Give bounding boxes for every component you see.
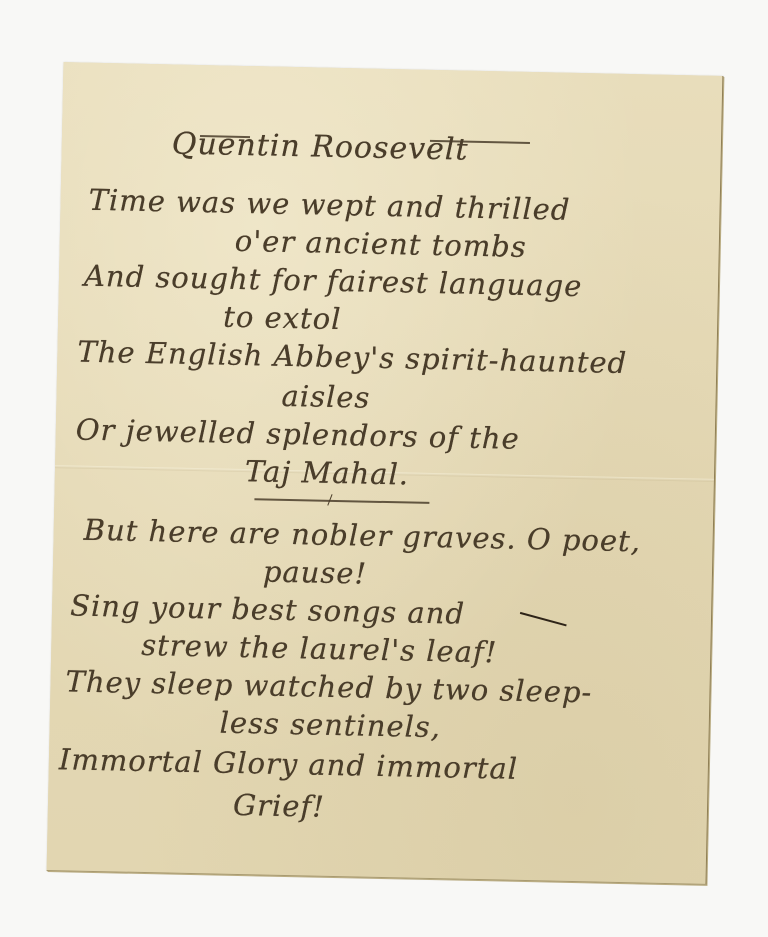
stanza-divider bbox=[254, 498, 429, 504]
poem-line: The English Abbey's spirit-haunted bbox=[77, 335, 627, 381]
poem-line: Taj Mahal. bbox=[245, 454, 410, 491]
poem-line: They sleep watched by two sleep- bbox=[65, 664, 592, 709]
poem-line: o'er ancient tombs bbox=[234, 224, 527, 264]
poem-title: Quentin Roosevelt bbox=[171, 126, 468, 167]
poem-line: But here are nobler graves. O poet, bbox=[83, 513, 641, 559]
manuscript-page: Quentin Roosevelt Time was we wept and t… bbox=[47, 62, 724, 885]
poem-line: aisles bbox=[281, 379, 370, 415]
ink-flourish bbox=[520, 612, 567, 627]
poem-line: to extol bbox=[223, 300, 342, 336]
poem-line: Or jewelled splendors of the bbox=[75, 413, 520, 456]
poem-line: And sought for fairest language bbox=[84, 259, 583, 303]
scan-background: Quentin Roosevelt Time was we wept and t… bbox=[0, 0, 768, 937]
poem-line: Time was we wept and thrilled bbox=[88, 183, 570, 227]
poem-line: strew the laurel's leaf! bbox=[141, 628, 498, 669]
poem-line: Immortal Glory and immortal bbox=[59, 742, 519, 786]
poem-line: pause! bbox=[263, 554, 368, 590]
poem-line: Grief! bbox=[233, 788, 326, 824]
poem-line: Sing your best songs and bbox=[70, 588, 466, 630]
poem-line: less sentinels, bbox=[219, 706, 441, 745]
